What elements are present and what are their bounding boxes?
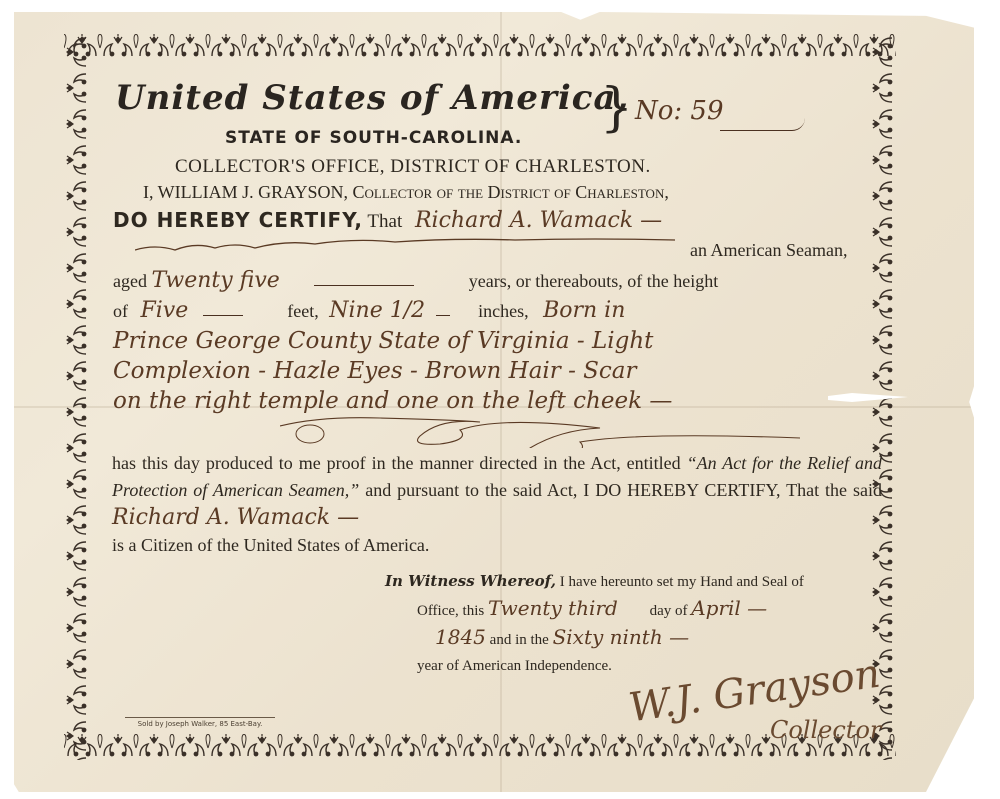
ornamental-border-top [64, 34, 896, 60]
american-seaman-label: an American Seaman, [690, 240, 847, 261]
age-line: aged Twenty five years, or thereabouts, … [113, 268, 718, 293]
aged-label: aged [113, 271, 147, 291]
office-heading: COLLECTOR'S OFFICE, DISTRICT OF CHARLEST… [175, 156, 651, 178]
certificate-number: No: 59 [635, 96, 724, 126]
collector-intro: I, WILLIAM J. GRAYSON, [143, 182, 348, 202]
state-heading: STATE OF SOUTH-CAROLINA. [225, 128, 522, 148]
day-value: Twenty third [488, 596, 618, 620]
height-line: of Five feet, Nine 1/2 inches, Born in [113, 298, 625, 323]
age-value: Twenty five [151, 268, 279, 293]
description-line-1: Prince George County State of Virginia -… [113, 328, 653, 354]
ink-flourish [135, 236, 675, 256]
fill-line [203, 309, 243, 316]
witness-block: In Witness Whereof, I have hereunto set … [385, 568, 804, 679]
witness-text: I have hereunto set my Hand and Seal of [560, 574, 804, 590]
certificate-number-flourish [720, 118, 805, 131]
collector-title: Collector of the District of Charleston, [353, 182, 669, 202]
office-this-label: Office, this [417, 603, 484, 619]
certify-line: DO HEREBY CERTIFY, That Richard A. Wamac… [113, 208, 662, 233]
fill-line [314, 279, 414, 286]
citizen-text: is a Citizen of the United States of Ame… [112, 535, 429, 555]
signature-title: Collector [770, 716, 881, 744]
inches-value: Nine 1/2 [329, 298, 425, 323]
description-line-2: Complexion - Hazle Eyes - Brown Hair - S… [113, 358, 637, 384]
of-label: of [113, 301, 128, 321]
and-in-the-label: and in the [490, 632, 549, 648]
ink-flourish-loops [280, 408, 800, 448]
inches-label: inches, [478, 301, 528, 321]
seller-imprint: Sold by Joseph Walker, 85 East-Bay. [125, 717, 275, 728]
document-title: United States of America, [115, 78, 629, 118]
proof-text-2: and pursuant to the said Act, I DO HEREB… [365, 480, 882, 500]
feet-label: feet, [287, 301, 318, 321]
certify-heading: DO HEREBY CERTIFY, [113, 208, 363, 232]
independence-text: year of American Independence. [417, 658, 612, 674]
ornamental-border-left [64, 34, 90, 760]
month-value: April — [691, 596, 767, 620]
certification-paragraph: has this day produced to me proof in the… [112, 450, 882, 559]
years-label: years, or thereabouts, of the height [469, 271, 718, 291]
year-value: 1845 [435, 625, 486, 649]
born-in: Born in [543, 298, 625, 323]
collector-line: I, WILLIAM J. GRAYSON, Collector of the … [143, 182, 669, 203]
seaman-name: Richard A. Wamack — [415, 208, 662, 233]
feet-value: Five [141, 298, 189, 323]
fill-line [436, 309, 450, 316]
independence-year-value: Sixty ninth — [553, 625, 690, 649]
witness-heading: In Witness Whereof, [385, 572, 556, 590]
seaman-name-2: Richard A. Wamack — [112, 505, 359, 530]
proof-text-1: has this day produced to me proof in the… [112, 453, 681, 473]
brace-glyph: } [600, 82, 633, 134]
that-label: That [367, 211, 402, 232]
day-of-label: day of [650, 603, 688, 619]
